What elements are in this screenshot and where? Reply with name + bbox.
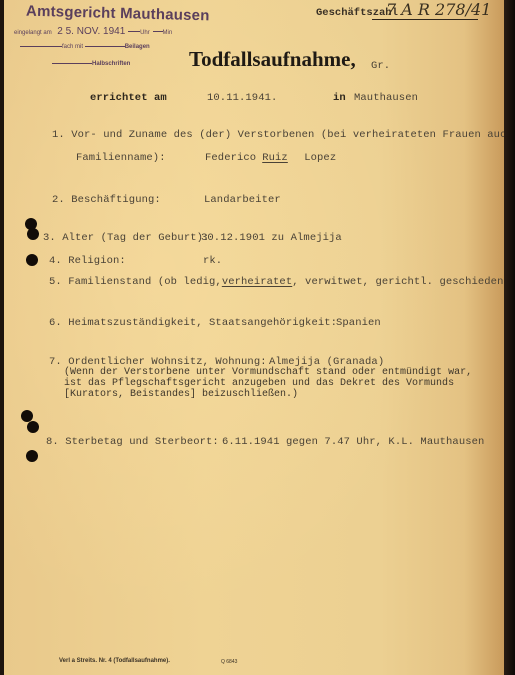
first-name: Federico	[205, 152, 256, 164]
field-7-note-2: ist das Pflegschaftsgericht anzugeben un…	[64, 378, 454, 389]
publisher-imprint: Verl a Streits. Nr. 4 (Todfallsaufnahme)…	[59, 658, 170, 664]
stamp-fach-mit: fach mit	[62, 44, 83, 50]
second-surname: Lopez	[304, 152, 336, 164]
field-3-label: 3. Alter (Tag der Geburt):	[43, 232, 209, 244]
stamp-uhr: Uhr	[140, 30, 150, 36]
field-8-label: 8. Sterbetag und Sterbeort:	[46, 436, 219, 448]
stamp-halbschriften-line: Halbschriften	[52, 61, 130, 67]
stamp-received-label: eingelangt am	[14, 30, 52, 36]
field-4-value: rk.	[203, 255, 222, 267]
field-7-note-3: [Kurators, Beistandes] beizuschließen.)	[64, 389, 298, 400]
punch-hole	[27, 421, 39, 433]
court-stamp-name: Amtsgericht Mauthausen	[26, 3, 210, 25]
title-gr: Gr.	[371, 60, 390, 72]
field-6-value: Spanien	[336, 317, 381, 329]
field-1-label-cont: Familienname):	[76, 152, 166, 164]
stamp-received-date: 2 5. NOV. 1941	[57, 26, 125, 37]
field-1-label: 1. Vor- und Zuname des (der) Verstorbene…	[52, 129, 513, 141]
field-4-label: 4. Religion:	[49, 255, 126, 267]
field-3-value: 30.12.1901 zu Almejija	[201, 232, 342, 244]
field-5-label-suffix: , verwitwet, gerichtl. geschieden):	[292, 276, 515, 288]
field-5-selected: verheiratet	[222, 276, 292, 288]
stamp-fach-line: fach mit Beilagen	[20, 44, 150, 50]
stamp-beilagen: Beilagen	[125, 44, 150, 50]
stamp-received-line: eingelangt am 2 5. NOV. 1941 Uhr Min	[14, 26, 172, 37]
field-2-label: 2. Beschäftigung:	[52, 194, 161, 206]
created-label: errichtet am	[90, 92, 167, 104]
field-1-value: FedericoRuiz Lopez	[205, 152, 336, 164]
punch-hole	[26, 254, 38, 266]
stamp-min: Min	[163, 30, 173, 36]
field-5-marital-status: 5. Familienstand (ob ledig,verheiratet, …	[49, 276, 515, 288]
document-page: Amtsgericht Mauthausen eingelangt am 2 5…	[4, 0, 504, 675]
scan-edge-right	[504, 0, 515, 675]
document-title: Todfallsaufnahme,	[189, 47, 356, 72]
case-number-line	[372, 19, 478, 20]
created-place: Mauthausen	[354, 92, 418, 104]
field-8-value: 6.11.1941 gegen 7.47 Uhr, K.L. Mauthause…	[222, 436, 484, 448]
form-code: Q 6843	[221, 659, 237, 665]
field-5-label-prefix: 5. Familienstand (ob ledig,	[49, 276, 222, 288]
punch-hole	[26, 450, 38, 462]
case-number-value: 7 A R 278/41	[386, 0, 491, 19]
punch-hole	[27, 228, 39, 240]
surname-underlined: Ruiz	[256, 152, 298, 164]
created-date: 10.11.1941.	[207, 92, 277, 104]
field-2-value: Landarbeiter	[204, 194, 281, 206]
field-6-label: 6. Heimatszuständigkeit, Staatsangehörig…	[49, 317, 337, 329]
field-7-note-1: (Wenn der Verstorbene unter Vormundschaf…	[64, 367, 472, 378]
in-label: in	[333, 92, 346, 104]
stamp-halbschriften: Halbschriften	[92, 61, 130, 67]
